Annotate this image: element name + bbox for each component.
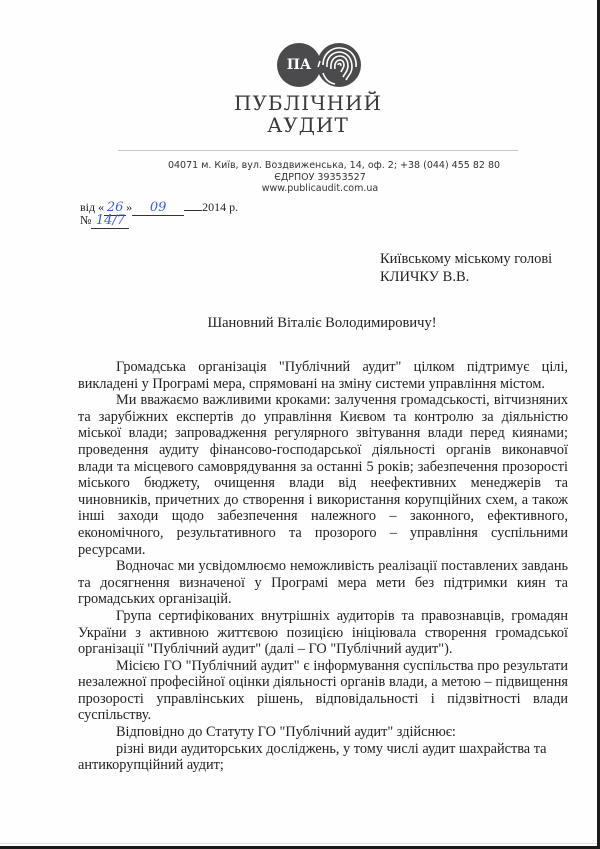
number-handwritten: 14/7 bbox=[91, 213, 129, 229]
addressee-name: КЛИЧКУ В.В. bbox=[380, 268, 552, 286]
letterhead-divider bbox=[118, 150, 518, 151]
body-paragraph: Місією ГО "Публічний аудит" є інформуван… bbox=[78, 658, 568, 724]
body-paragraph: Водночас ми усвідомлюємо неможливість ре… bbox=[78, 558, 568, 608]
logo-monogram: ПА bbox=[277, 43, 321, 87]
body-paragraph: Ми вважаємо важливими кроками: залучення… bbox=[78, 392, 568, 558]
body-paragraph: Громадська організація "Публічний аудит"… bbox=[78, 359, 568, 392]
letter-body: Громадська організація "Публічний аудит"… bbox=[78, 359, 568, 774]
body-paragraph: Група сертифікованих внутрішніх аудиторі… bbox=[78, 608, 568, 658]
letter-page: ПА ПУБЛІЧНИЙ АУДИТ 04071 м. Київ, вул. В… bbox=[0, 0, 600, 849]
body-paragraph: різні види аудиторських досліджень, у то… bbox=[78, 741, 568, 774]
org-address: 04071 м. Київ, вул. Воздвиженська, 14, о… bbox=[34, 160, 600, 171]
date-year: 2014 р. bbox=[202, 200, 238, 214]
addressee-title: Київському міському голові bbox=[380, 250, 552, 268]
salutation: Шановний Віталіє Володимировичу! bbox=[22, 315, 600, 332]
addressee-block: Київському міському голові КЛИЧКУ В.В. bbox=[380, 250, 552, 286]
logo-monogram-text: ПА bbox=[287, 57, 312, 73]
date-month-handwritten: 09 bbox=[150, 200, 167, 215]
scan-shadow bbox=[0, 843, 600, 844]
number-prefix: № bbox=[80, 213, 91, 227]
org-name-line1: ПУБЛІЧНИЙ bbox=[8, 91, 600, 115]
fingerprint-ear-icon bbox=[317, 43, 361, 87]
body-paragraph: Відповідно до Статуту ГО "Публічний ауди… bbox=[78, 724, 568, 741]
org-edrpou: ЄДРПОУ 39353527 bbox=[20, 172, 600, 183]
org-logo: ПА bbox=[277, 43, 337, 87]
date-prefix: від « bbox=[80, 200, 104, 214]
org-name-line2: АУДИТ bbox=[8, 113, 600, 137]
letter-number: №14/7 bbox=[80, 213, 129, 229]
org-website: www.publicaudit.com.ua bbox=[20, 183, 600, 194]
